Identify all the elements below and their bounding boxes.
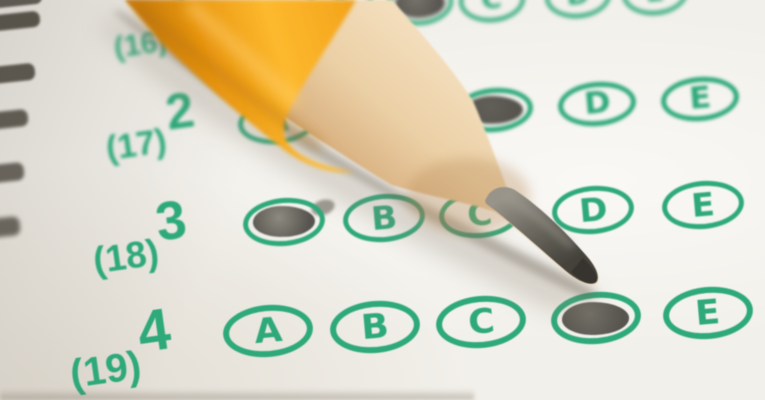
answer-sheet-photo: 1(16)ACDE2(17)ABDE3(18)BCDE4(19)ABCE [0, 0, 765, 400]
photo-bottom-shadow [0, 389, 474, 400]
pencil [0, 0, 765, 400]
